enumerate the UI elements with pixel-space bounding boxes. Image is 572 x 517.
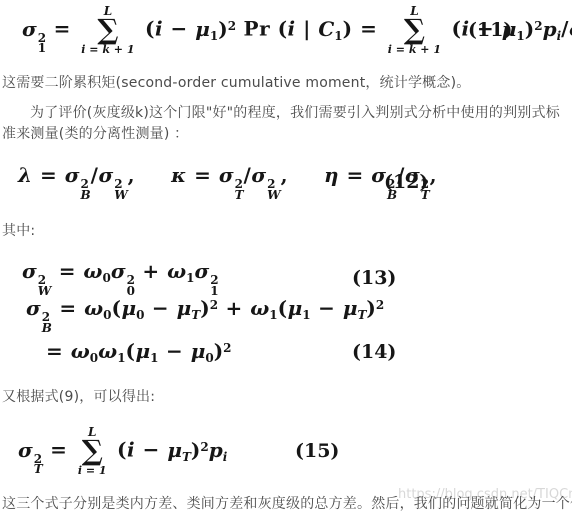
math-base: μ [191, 339, 206, 363]
math-subscript: W [114, 190, 127, 201]
math-text: = [33, 163, 65, 187]
summation-lower-limit: i = 1 [78, 465, 107, 476]
math-base: σ [26, 296, 41, 320]
math-subscript: 0 [102, 271, 110, 285]
math-subscript: B [42, 323, 52, 334]
math-text: ( [112, 296, 122, 320]
summation-lower-limit: i = k + 1 [81, 44, 134, 55]
math-text: = [51, 259, 83, 283]
math-subscript: W [38, 286, 51, 297]
math-sub-group: ω1 [98, 339, 125, 363]
math-text: = [52, 296, 84, 320]
math-subscript: i [223, 449, 228, 463]
math-text: Pr ( [236, 17, 287, 41]
math-text: / [561, 17, 569, 41]
equation-11: σ21 = L∑i = k + 1 (i − μ1)2 Pr (i | C1) … [22, 2, 572, 58]
math-superscript: 2 [228, 19, 236, 33]
math-subscript: T [191, 308, 200, 322]
equation-12-number: (12) [384, 171, 428, 193]
math-script-stack: 2W [267, 179, 280, 201]
math-sup-group: )2 [200, 296, 218, 320]
math-sup-group: )2 [191, 438, 209, 462]
math-subscript: W [267, 190, 280, 201]
summation: L∑i = k + 1 [81, 5, 134, 55]
math-script-stack: 21 [38, 33, 46, 55]
math-text: , [430, 163, 437, 187]
math-subscript: T [235, 190, 244, 201]
math-script-stack: 2T [235, 179, 244, 201]
math-text: , [281, 163, 288, 187]
math-base: μ [136, 339, 151, 363]
math-subscript: 1 [117, 351, 125, 365]
math-base: ) [525, 17, 534, 41]
paragraph-evaluate-threshold: 为了评价(灰度级k)这个门限"好"的程度，我们需要引入判别式分析中使用的判别式标… [2, 103, 560, 145]
math-text: κ [171, 163, 187, 187]
math-text: − [135, 438, 167, 462]
math-subscript: 1 [150, 351, 158, 365]
sigma-icon: ∑ [82, 438, 103, 465]
paragraph-closing: 这三个式子分别是类内方差、类间方差和灰度级的总方差。然后，我们的问题就简化为一个… [2, 493, 572, 513]
equation-15: σ2T = L∑i = 1 (i − μT)2pi (15) [18, 422, 227, 480]
math-base: σ [18, 438, 33, 462]
math-base: μ [167, 438, 182, 462]
math-text: − [311, 296, 343, 320]
equation-13: σ2W = ω0σ20 + ω1σ21 (13) [22, 262, 219, 294]
math-base: σ [111, 259, 126, 283]
math-base: σ [98, 163, 113, 187]
math-base: σ [219, 163, 234, 187]
equation-12-formula: λ = σ2B/σ2W,κ = σ2T/σ2W,η = σ2B/σ2T, [18, 163, 437, 201]
math-base: μ [288, 296, 303, 320]
math-script-stack: 2T [34, 454, 43, 476]
math-text: η [324, 163, 339, 187]
math-base: ω [83, 259, 102, 283]
math-subscript: 0 [103, 308, 111, 322]
math-subscript: 0 [205, 351, 213, 365]
math-script-stack: 20 [127, 275, 135, 297]
math-script-stack: 21 [210, 275, 218, 297]
math-text: , [128, 163, 135, 187]
math-text: = [339, 163, 371, 187]
math-sub-group: μ0 [121, 296, 144, 320]
math-sub-group: pi [543, 17, 562, 41]
math-script-stack: 2W [114, 179, 127, 201]
math-supsub-group: σ2B [26, 296, 52, 320]
math-sub-group: ω0 [83, 259, 110, 283]
math-sub-group: μ0 [191, 339, 214, 363]
math-superscript: 2 [376, 298, 384, 312]
equation-11-number: (11) [468, 19, 512, 41]
math-text: ) = [343, 17, 385, 41]
math-sub-group: μT [343, 296, 367, 320]
math-subscript: 0 [90, 351, 98, 365]
math-text: | [296, 17, 319, 41]
math-sub-group: μ1 [288, 296, 311, 320]
paragraph-where: 其中: [2, 220, 35, 240]
math-sub-group: C1 [318, 17, 342, 41]
math-sub-group: ω1 [250, 296, 277, 320]
math-text: ( [444, 17, 461, 41]
math-subscript: 1 [334, 28, 342, 42]
math-text: + [218, 296, 250, 320]
math-sup-group: )2 [214, 339, 232, 363]
math-subscript: T [182, 449, 191, 463]
equation-13-formula: σ2W = ω0σ20 + ω1σ21 [22, 259, 219, 297]
math-base: ω [167, 259, 186, 283]
math-script-stack: 2W [38, 275, 51, 297]
math-supsub-group: σ2T [219, 163, 244, 187]
math-script-stack: 2B [42, 312, 52, 334]
equation-14-number: (14) [352, 341, 396, 363]
equation-14-line1-formula: σ2B = ω0(μ0 − μT)2 + ω1(μ1 − μT)2 [26, 296, 384, 334]
math-supsub-group: σ2B [65, 163, 91, 187]
math-subscript: 1 [210, 28, 218, 42]
math-base: ) [191, 438, 200, 462]
math-base: ω [71, 339, 90, 363]
equation-14-line2-formula: = ω0ω1(μ1 − μ0)2 [46, 339, 232, 365]
math-sub-group: μ1 [136, 339, 159, 363]
math-text: ( [110, 438, 127, 462]
equation-12: λ = σ2B/σ2W,κ = σ2T/σ2W,η = σ2B/σ2T, (12… [18, 165, 437, 199]
math-supsub-group: σ20 [111, 259, 135, 283]
math-text: + [135, 259, 167, 283]
math-text: − [159, 339, 191, 363]
math-subscript: 1 [516, 28, 524, 42]
math-supsub-group: σ2W [98, 163, 127, 187]
math-sub-group: pi [209, 438, 228, 462]
math-base: ) [366, 296, 375, 320]
equation-15-number: (15) [295, 440, 339, 462]
equation-14-line2: = ω0ω1(μ1 − μ0)2 (14) [46, 336, 232, 368]
math-base: ) [218, 17, 227, 41]
math-base: σ [251, 163, 266, 187]
math-text: − [163, 17, 195, 41]
math-subscript: T [34, 464, 43, 475]
math-text: = [46, 17, 78, 41]
math-base: ω [98, 339, 117, 363]
math-text: = [46, 339, 71, 363]
math-base: ω [84, 296, 103, 320]
math-text: i [155, 17, 163, 41]
math-text: λ [18, 163, 33, 187]
math-base: σ [195, 259, 210, 283]
math-sub-group: μT [167, 438, 191, 462]
math-text: ( [278, 296, 288, 320]
math-subscript: B [80, 190, 90, 201]
math-base: ) [200, 296, 209, 320]
math-sub-group: ω0 [71, 339, 98, 363]
math-text: i [127, 438, 135, 462]
math-sub-group: ω1 [167, 259, 194, 283]
math-supsub-group: σ21 [22, 17, 46, 41]
summation: L∑i = k + 1 [388, 5, 441, 55]
math-text: − [144, 296, 176, 320]
math-sup-group: )2 [366, 296, 384, 320]
math-subscript: 1 [302, 308, 310, 322]
paragraph-from-eq9: 又根据式(9)，可以得出: [2, 386, 155, 406]
math-text: ( [138, 17, 155, 41]
paragraph-second-order-moment: 这需要二阶累积矩(second-order cumulative moment，… [2, 72, 470, 92]
equation-13-number: (13) [352, 267, 396, 289]
math-text: i [288, 17, 296, 41]
math-sup-group: )2 [525, 17, 543, 41]
math-base: p [209, 438, 223, 462]
math-supsub-group: σ2T [18, 438, 43, 462]
math-text: = [43, 438, 75, 462]
sigma-icon: ∑ [97, 17, 118, 44]
math-sup-group: )2 [218, 17, 236, 41]
math-base: μ [195, 17, 210, 41]
sigma-icon: ∑ [404, 17, 425, 44]
equation-15-formula: σ2T = L∑i = 1 (i − μT)2pi [18, 426, 227, 476]
math-base: ) [214, 339, 223, 363]
equation-14-line1: σ2B = ω0(μ0 − μT)2 + ω1(μ1 − μT)2 [26, 298, 384, 332]
summation: L∑i = 1 [78, 426, 107, 476]
math-base: σ [65, 163, 80, 187]
math-base: μ [177, 296, 192, 320]
math-superscript: 2 [200, 440, 208, 454]
math-base: ω [250, 296, 269, 320]
math-script-stack: 2B [80, 179, 90, 201]
math-subscript: 1 [38, 43, 46, 54]
math-subscript: 0 [127, 286, 135, 297]
math-sub-group: ω0 [84, 296, 111, 320]
math-base: σ [22, 17, 37, 41]
math-text: = [187, 163, 219, 187]
math-supsub-group: σ21 [195, 259, 219, 283]
math-subscript: 1 [269, 308, 277, 322]
math-subscript: 1 [186, 271, 194, 285]
math-base: μ [343, 296, 358, 320]
summation-lower-limit: i = k + 1 [388, 44, 441, 55]
math-supsub-group: σ2W [22, 259, 51, 283]
math-base: C [318, 17, 334, 41]
math-superscript: 2 [223, 341, 231, 355]
math-sub-group: μT [177, 296, 201, 320]
math-sub-group: μ1 [195, 17, 218, 41]
math-superscript: 2 [210, 298, 218, 312]
math-base: p [543, 17, 557, 41]
math-supsub-group: σ2W [251, 163, 280, 187]
math-base: μ [121, 296, 136, 320]
math-base: σ [22, 259, 37, 283]
math-superscript: 2 [534, 19, 542, 33]
math-text: ( [126, 339, 136, 363]
math-subscript: 1 [210, 286, 218, 297]
